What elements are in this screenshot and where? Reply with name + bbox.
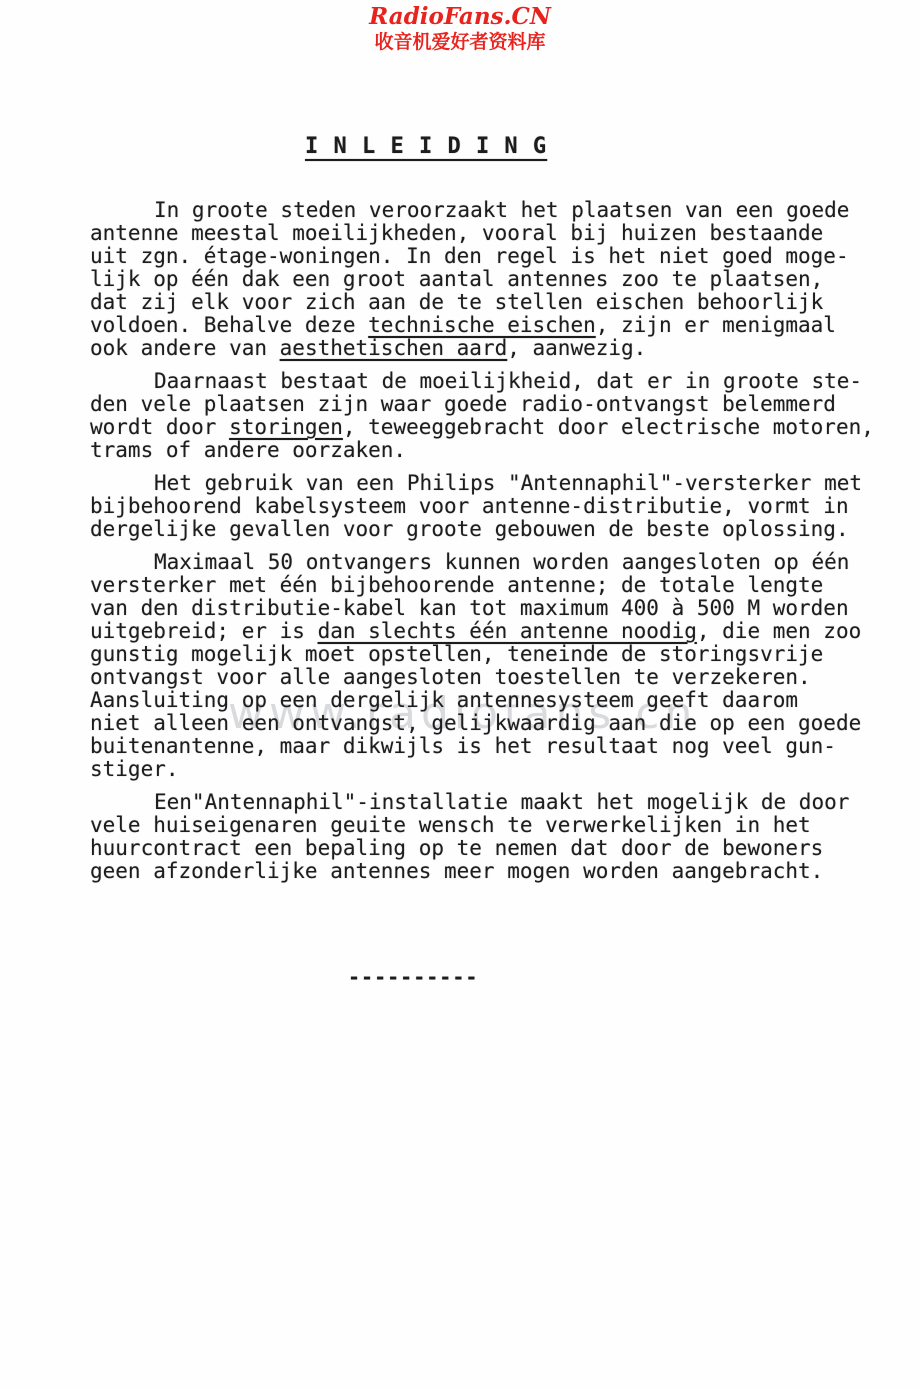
text-line: niet alleen een ontvangst, gelijkwaardig… [90,712,885,735]
text-line: vele huiseigenaren geuite wensch te verw… [90,814,885,837]
text-line: huurcontract een bepaling op te nemen da… [90,837,885,860]
text-line: dat zij elk voor zich aan de te stellen … [90,291,885,314]
underlined-text: aesthetischen aard [280,336,508,360]
text-segment: stiger. [90,757,179,781]
text-segment: Een"Antennaphil"-installatie maakt het m… [154,790,849,814]
text-line: bijbehoorend kabelsysteem voor antenne-d… [90,495,885,518]
paragraph: Daarnaast bestaat de moeilijkheid, dat e… [90,370,885,462]
text-segment: , aanwezig. [507,336,646,360]
text-segment: Maximaal 50 ontvangers kunnen worden aan… [154,550,849,574]
underlined-text: storingen [229,415,343,439]
text-segment: den vele plaatsen zijn waar goede radio-… [90,392,836,416]
site-subtitle: 收音机爱好者资料库 [0,30,920,54]
paragraph: Maximaal 50 ontvangers kunnen worden aan… [90,551,885,781]
text-segment: , teweeggebracht door electrische motore… [343,415,874,439]
text-segment: ontvangst voor alle aangesloten toestell… [90,665,811,689]
text-line: wordt door storingen, teweeggebracht doo… [90,416,885,439]
text-line: Aansluiting op een dergelijk antennesyst… [90,689,885,712]
text-segment: van den distributie-kabel kan tot maximu… [90,596,849,620]
text-line: uitgebreid; er is dan slechts één antenn… [90,620,885,643]
text-line: lijk op één dak een groot aantal antenne… [90,268,885,291]
text-segment: dat zij elk voor zich aan de te stellen … [90,290,823,314]
text-line: Het gebruik van een Philips "Antennaphil… [90,472,885,495]
text-line: buitenantenne, maar dikwijls is het resu… [90,735,885,758]
text-line: stiger. [90,758,885,781]
text-line: dergelijke gevallen voor groote gebouwen… [90,518,885,541]
text-segment: buitenantenne, maar dikwijls is het resu… [90,734,836,758]
text-segment: huurcontract een bepaling op te nemen da… [90,836,823,860]
document-body: In groote steden veroorzaakt het plaatse… [90,199,885,893]
paragraph: Het gebruik van een Philips "Antennaphil… [90,472,885,541]
text-segment: wordt door [90,415,229,439]
document-page: RadioFans.CN 收音机爱好者资料库 www.radiofans.cn … [0,0,920,1388]
separator-dashes: ---------- [348,965,478,989]
page-title: I N L E I D I N G [305,134,547,159]
text-line: van den distributie-kabel kan tot maximu… [90,597,885,620]
text-line: Maximaal 50 ontvangers kunnen worden aan… [90,551,885,574]
text-segment: Aansluiting op een dergelijk antennesyst… [90,688,798,712]
text-segment: uitgebreid; er is [90,619,318,643]
text-line: geen afzonderlijke antennes meer mogen w… [90,860,885,883]
text-segment: niet alleen een ontvangst, gelijkwaardig… [90,711,861,735]
text-segment: voldoen. Behalve deze [90,313,368,337]
site-name: RadioFans.CN [0,4,920,30]
text-segment: Daarnaast bestaat de moeilijkheid, dat e… [154,369,862,393]
text-line: In groote steden veroorzaakt het plaatse… [90,199,885,222]
text-line: versterker met één bijbehoorende antenne… [90,574,885,597]
paragraph: In groote steden veroorzaakt het plaatse… [90,199,885,360]
text-segment: dergelijke gevallen voor groote gebouwen… [90,517,849,541]
text-line: Een"Antennaphil"-installatie maakt het m… [90,791,885,814]
text-line: antenne meestal moeilijkheden, vooral bi… [90,222,885,245]
text-line: ontvangst voor alle aangesloten toestell… [90,666,885,689]
text-segment: versterker met één bijbehoorende antenne… [90,573,823,597]
text-line: voldoen. Behalve deze technische eischen… [90,314,885,337]
text-segment: geen afzonderlijke antennes meer mogen w… [90,859,823,883]
text-line: uit zgn. étage-woningen. In den regel is… [90,245,885,268]
text-segment: uit zgn. étage-woningen. In den regel is… [90,244,849,268]
text-line: Daarnaast bestaat de moeilijkheid, dat e… [90,370,885,393]
text-segment: ook andere van [90,336,280,360]
text-line: den vele plaatsen zijn waar goede radio-… [90,393,885,416]
text-segment: trams of andere oorzaken. [90,438,406,462]
text-line: ook andere van aesthetischen aard, aanwe… [90,337,885,360]
text-segment: vele huiseigenaren geuite wensch te verw… [90,813,811,837]
text-line: gunstig mogelijk moet opstellen, teneind… [90,643,885,666]
site-header: RadioFans.CN 收音机爱好者资料库 [0,4,920,54]
text-segment: , zijn er menigmaal [596,313,836,337]
text-segment: lijk op één dak een groot aantal antenne… [90,267,823,291]
paragraph: Een"Antennaphil"-installatie maakt het m… [90,791,885,883]
text-segment: gunstig mogelijk moet opstellen, teneind… [90,642,823,666]
text-segment: In groote steden veroorzaakt het plaatse… [154,198,849,222]
underlined-text: dan slechts één antenne noodig [318,619,697,643]
text-line: trams of andere oorzaken. [90,439,885,462]
text-segment: bijbehoorend kabelsysteem voor antenne-d… [90,494,849,518]
text-segment: , die men zoo [697,619,861,643]
text-segment: antenne meestal moeilijkheden, vooral bi… [90,221,823,245]
text-segment: Het gebruik van een Philips "Antennaphil… [154,471,862,495]
underlined-text: technische eischen [368,313,596,337]
